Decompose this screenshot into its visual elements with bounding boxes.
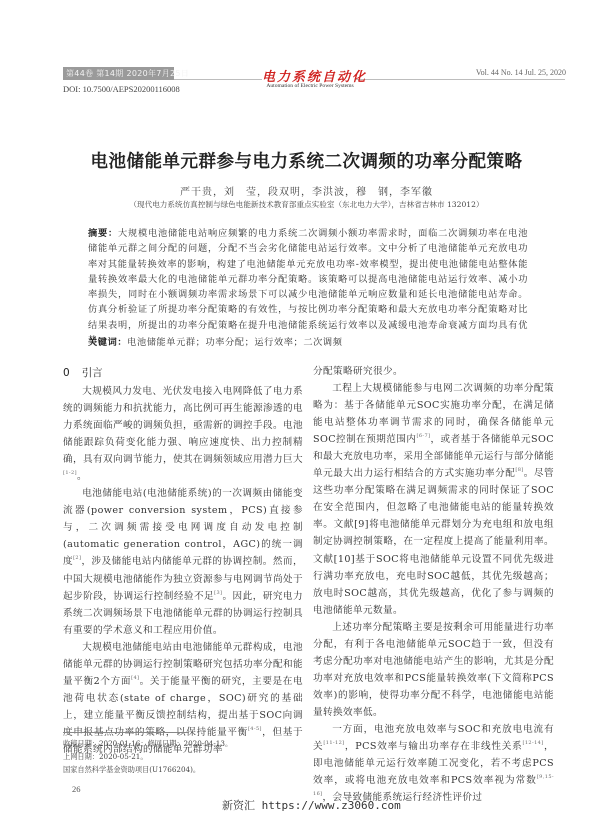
watermark: 新资汇 https://www.z3060.com bbox=[222, 797, 401, 813]
paragraph-text: 。尽管这些功率分配策略在满足调频需求的同时保证了SOC在安全范围内，但忽略了电池… bbox=[313, 468, 554, 615]
received-date: 收稿日期：2020-01-16；修回日期：2020-04-13。 bbox=[63, 737, 232, 750]
paragraph: 上述功率分配策略主要是按剩余可用能量进行功率分配，有利于各电池储能单元SOC趋于… bbox=[313, 619, 554, 721]
footnote: 收稿日期：2020-01-16；修回日期：2020-04-13。 上网日期：20… bbox=[63, 737, 232, 777]
paragraph: 工程上大规模储能参与电网二次调频的功率分配策略为：基于各储能单元SOC实施功率分… bbox=[313, 380, 554, 619]
right-column: 分配策略研究很少。 工程上大规模储能参与电网二次调频的功率分配策略为：基于各储能… bbox=[313, 363, 554, 806]
affiliation: （现代电力系统仿真控制与绿色电能新技术教育部重点实验室（东北电力大学），吉林省吉… bbox=[0, 199, 613, 210]
paragraph-text: 大规模风力发电、光伏发电接入电网降低了电力系统的调频能力和抗扰能力，高比例可再生… bbox=[63, 386, 303, 465]
issue-badge: 第44卷 第14期 2020年7月25日 bbox=[63, 67, 174, 80]
footnote-divider bbox=[63, 732, 189, 733]
keywords-text: 电池储能单元群；功率分配；运行效率；二次调频 bbox=[127, 337, 342, 348]
page-number: 26 bbox=[72, 784, 81, 794]
paragraph: 电池储能电站(电池储能系统)的一次调频由储能变流器(power conversi… bbox=[63, 485, 303, 638]
abstract-text: 大规模电池储能电站响应频繁的电力系统二次调频小额功率需求时，面临二次调频功率在电… bbox=[88, 228, 528, 346]
paragraph: 大规模风力发电、光伏发电接入电网降低了电力系统的调频能力和抗扰能力，高比例可再生… bbox=[63, 383, 303, 485]
header-divider bbox=[174, 79, 262, 80]
section-heading: 0引言 bbox=[63, 365, 103, 380]
paragraph: 分配策略研究很少。 bbox=[313, 363, 554, 380]
paragraph-text: 上述功率分配策略主要是按剩余可用能量进行功率分配，有利于各电池储能单元SOC趋于… bbox=[313, 622, 554, 718]
citation: [1-2] bbox=[63, 470, 77, 476]
section-number: 0 bbox=[63, 367, 70, 379]
citation: [6-7] bbox=[416, 433, 430, 439]
journal-name-en: Automation of Electric Power Systems bbox=[258, 83, 362, 89]
paper-title: 电池储能单元群参与电力系统二次调频的功率分配策略 bbox=[0, 148, 613, 173]
section-title: 引言 bbox=[82, 367, 103, 379]
citation: [12-14] bbox=[523, 740, 544, 746]
citation: [11-12] bbox=[323, 740, 344, 746]
keywords: 关键词：电池储能单元群；功率分配；运行效率；二次调频 bbox=[88, 336, 528, 350]
keywords-label: 关键词： bbox=[88, 337, 127, 348]
paragraph-text: ，PCS效率与输出功率存在非线性关系 bbox=[345, 741, 523, 752]
funding: 国家自然科学基金资助项目(U1766204)。 bbox=[63, 763, 232, 776]
volume-info: Vol. 44 No. 14 Jul. 25, 2020 bbox=[420, 68, 566, 77]
doi: DOI: 10.7500/AEPS20200116008 bbox=[63, 84, 180, 94]
paragraph-text: 分配策略研究很少。 bbox=[313, 366, 403, 377]
left-column: 大规模风力发电、光伏发电接入电网降低了电力系统的调频能力和抗扰能力，高比例可再生… bbox=[63, 383, 303, 758]
citation: [4-5] bbox=[248, 726, 262, 732]
citation: [8] bbox=[515, 467, 523, 473]
authors: 严干贵，刘 莹，段双明，李洪波，穆 钢，李军徽 bbox=[0, 183, 613, 198]
online-date: 上网日期：2020-05-21。 bbox=[63, 750, 232, 763]
abstract-label: 摘要： bbox=[88, 228, 118, 239]
header-divider bbox=[355, 79, 565, 80]
abstract: 摘要：大规模电池储能电站响应频繁的电力系统二次调频小额功率需求时，面临二次调频功… bbox=[88, 226, 528, 348]
paragraph: 一方面，电池充放电效率与SOC和充放电电流有关[11-12]，PCS效率与输出功… bbox=[313, 721, 554, 806]
paragraph-text: 。 bbox=[77, 471, 87, 482]
